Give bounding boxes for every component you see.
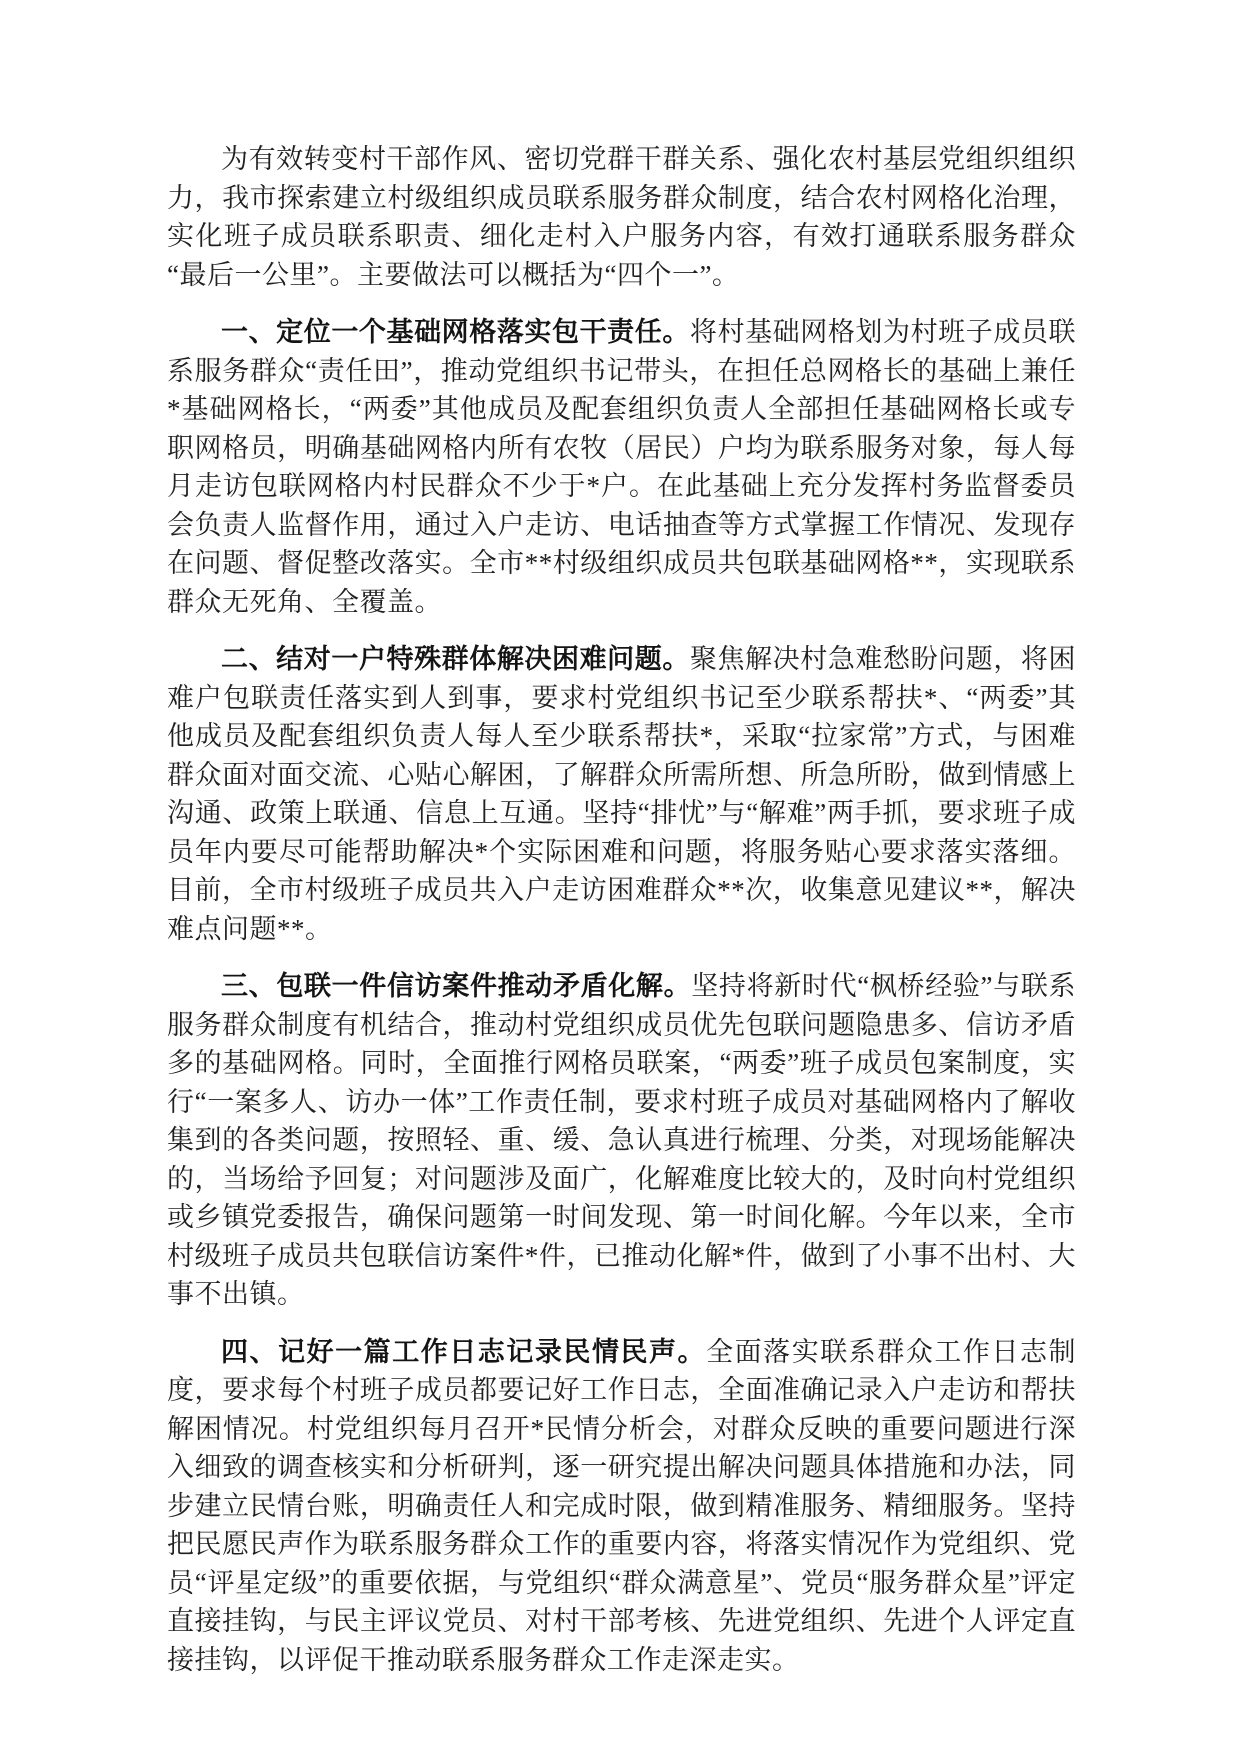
intro-text: 为有效转变村干部作风、密切党群干群关系、强化农村基层党组织组织力，我市探索建立村… — [167, 144, 1076, 290]
section-4-heading: 四、记好一篇工作日志记录民情民声。 — [221, 1337, 706, 1367]
section-4-paragraph: 四、记好一篇工作日志记录民情民声。全面落实联系群众工作日志制度，要求每个村班子成… — [167, 1333, 1076, 1680]
section-4-body: 全面落实联系群众工作日志制度，要求每个村班子成员都要记好工作日志，全面准确记录入… — [167, 1337, 1076, 1675]
document-page: 为有效转变村干部作风、密切党群干群关系、强化农村基层党组织组织力，我市探索建立村… — [0, 0, 1240, 1754]
section-1-body: 将村基础网格划为村班子成员联系服务群众“责任田”，推动党组织书记带头，在担任总网… — [167, 317, 1076, 617]
section-1-heading: 一、定位一个基础网格落实包干责任。 — [221, 317, 690, 347]
document-body: 为有效转变村干部作风、密切党群干群关系、强化农村基层党组织组织力，我市探索建立村… — [167, 140, 1076, 1679]
section-2-paragraph: 二、结对一户特殊群体解决困难问题。聚焦解决村急难愁盼问题，将困难户包联责任落实到… — [167, 640, 1076, 948]
section-2-heading: 二、结对一户特殊群体解决困难问题。 — [221, 644, 690, 674]
section-1-paragraph: 一、定位一个基础网格落实包干责任。将村基础网格划为村班子成员联系服务群众“责任田… — [167, 313, 1076, 621]
intro-paragraph: 为有效转变村干部作风、密切党群干群关系、强化农村基层党组织组织力，我市探索建立村… — [167, 140, 1076, 294]
section-2-body: 聚焦解决村急难愁盼问题，将困难户包联责任落实到人到事，要求村党组织书记至少联系帮… — [167, 644, 1076, 944]
section-3-heading: 三、包联一件信访案件推动矛盾化解。 — [221, 971, 691, 1001]
section-3-paragraph: 三、包联一件信访案件推动矛盾化解。坚持将新时代“枫桥经验”与联系服务群众制度有机… — [167, 967, 1076, 1314]
section-3-body: 坚持将新时代“枫桥经验”与联系服务群众制度有机结合，推动村党组织成员优先包联问题… — [167, 971, 1076, 1309]
